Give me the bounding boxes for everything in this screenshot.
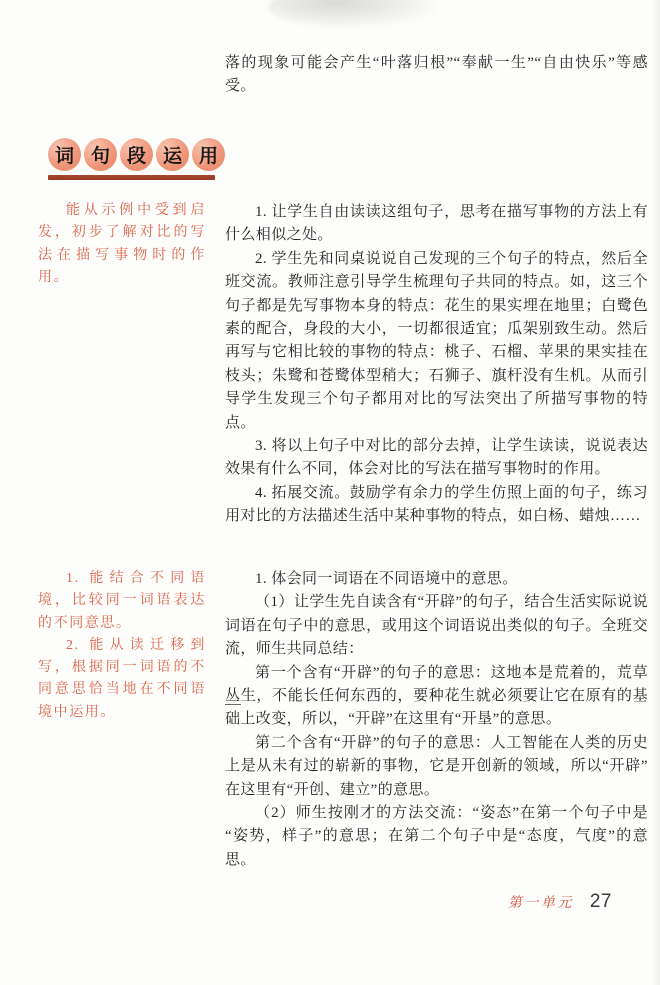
banner-underline xyxy=(48,175,215,180)
margin-note-objective-2: 1. 能结合不同语境，比较同一词语表达的不同意思。 2. 能从读迁移到写，根据同… xyxy=(38,568,206,724)
scan-smudge xyxy=(268,0,438,28)
underlined-character: 丛 xyxy=(225,688,241,705)
paragraph: 第一个含有“开辟”的句子的意思：这地本是荒着的，荒草丛生，不能长任何东西的，要种… xyxy=(225,662,648,732)
paragraph: 1. 体会同一词语在不同语境中的意思。 xyxy=(225,568,648,591)
teaching-steps-section-2: 1. 体会同一词语在不同语境中的意思。 （1）让学生先自读含有“开辟”的句子，结… xyxy=(225,568,648,872)
margin-note-item: 1. 能结合不同语境，比较同一词语表达的不同意思。 xyxy=(38,568,206,635)
margin-note-item: 2. 能从读迁移到写，根据同一词语的不同意思恰当地在不同语境中运用。 xyxy=(38,635,206,724)
page-edge-shadow xyxy=(652,0,660,985)
section-banner: 词 句 段 运 用 xyxy=(48,138,225,180)
paragraph: 4. 拓展交流。鼓励学有余力的学生仿照上面的句子，练习用对比的方法描述生活中某种… xyxy=(225,482,648,529)
section-title-char: 段 xyxy=(120,138,153,171)
page-number: 27 xyxy=(590,891,612,913)
section-title-char: 句 xyxy=(84,138,117,171)
paragraph: （2）师生按刚才的方法交流：“姿态”在第一个句子中是“姿势，样子”的意思；在第二… xyxy=(225,802,648,872)
paragraph: （1）让学生先自读含有“开辟”的句子，结合生活实际说说词语在句子中的意思，或用这… xyxy=(225,591,648,661)
book-page: 落的现象可能会产生“叶落归根”“奉献一生”“自由快乐”等感受。 词 句 段 运 … xyxy=(0,0,660,985)
unit-label: 第一单元 xyxy=(508,892,574,912)
paragraph: 2. 学生先和同桌说说自己发现的三个句子的特点，然后全班交流。教师注意引导学生梳… xyxy=(225,248,648,435)
margin-note-text: 能从示例中受到启发，初步了解对比的写法在描写事物时的作用。 xyxy=(38,200,206,289)
margin-note-objective-1: 能从示例中受到启发，初步了解对比的写法在描写事物时的作用。 xyxy=(38,200,206,289)
page-footer: 第一单元 27 xyxy=(508,891,612,913)
paragraph: 1. 让学生自由读读这组句子，思考在描写事物的方法上有什么相似之处。 xyxy=(225,201,648,248)
section-title-char: 运 xyxy=(156,138,189,171)
teaching-steps-section-1: 1. 让学生自由读读这组句子，思考在描写事物的方法上有什么相似之处。 2. 学生… xyxy=(225,201,648,529)
section-title: 词 句 段 运 用 xyxy=(48,138,225,171)
section-title-char: 用 xyxy=(192,138,225,171)
paragraph-segment: 第一个含有“开辟”的句子的意思：这地本是荒着的，荒草 xyxy=(255,665,648,681)
paragraph: 第二个含有“开辟”的句子的意思：人工智能在人类的历史上是从未有过的崭新的事物，它… xyxy=(225,732,648,802)
paragraph-segment: 生，不能长任何东西的，要种花生就必须要让它在原有的基础上改变，所以，“开辟”在这… xyxy=(225,688,648,727)
paragraph: 3. 将以上句子中对比的部分去掉，让学生读读，说说表达效果有什么不同，体会对比的… xyxy=(225,435,648,482)
continuation-paragraph: 落的现象可能会产生“叶落归根”“奉献一生”“自由快乐”等感受。 xyxy=(225,52,648,99)
section-title-char: 词 xyxy=(48,138,81,171)
